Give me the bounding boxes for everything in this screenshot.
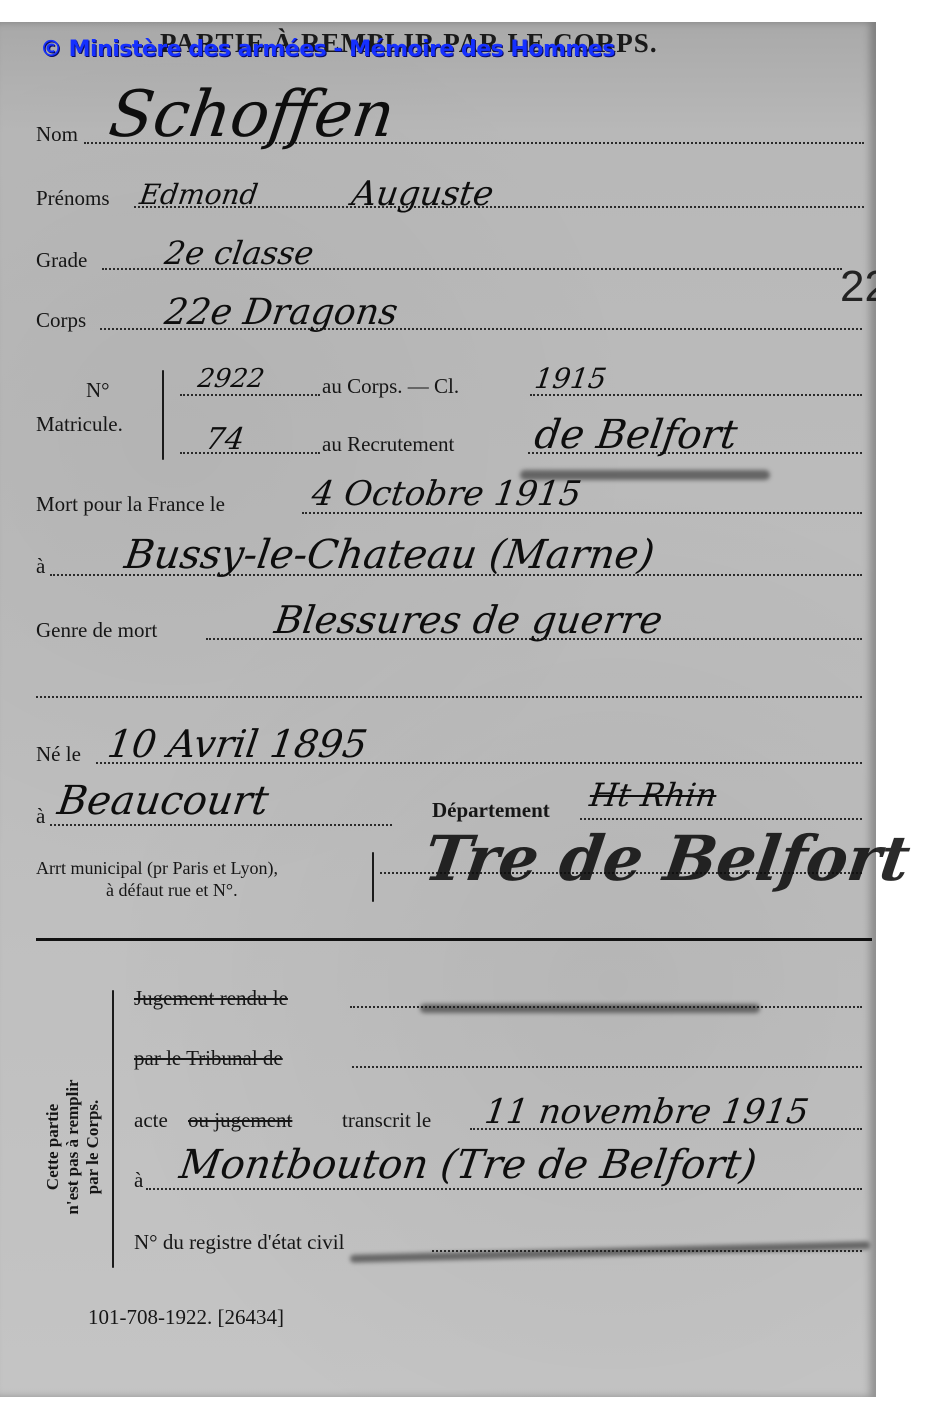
registre-label: N° du registre d'état civil	[134, 1230, 344, 1255]
side-note-line-1: Cette partie	[43, 1079, 63, 1214]
departement-value: Tre de Belfort	[420, 822, 915, 895]
tribunal-line	[352, 1066, 862, 1068]
lieu-mort-value: Bussy-le-Chateau (Marne)	[122, 532, 658, 578]
arrondissement-brace	[372, 852, 374, 902]
departement-line	[580, 818, 862, 820]
matricule-corps-line	[180, 394, 320, 396]
matricule-corps-number: 2922	[196, 364, 266, 394]
mort-value: 4 Octobre 1915	[309, 474, 584, 514]
blank-line	[36, 696, 862, 698]
side-note-line-2: n'est pas à remplir	[63, 1079, 83, 1214]
acte-struck-label: ou jugement	[188, 1108, 292, 1133]
form-reference: 101-708-1922. [26434]	[88, 1305, 284, 1330]
matricule-recrutement-number: 74	[204, 422, 247, 457]
arrondissement-label-2: à défaut rue et N°.	[106, 880, 238, 901]
lower-section-brace	[112, 990, 114, 1268]
recrutement-label: au Recrutement	[322, 432, 454, 457]
jugement-label: Jugement rendu le	[134, 986, 288, 1011]
classe-value: 1915	[533, 362, 609, 395]
matricule-corps-label: au Corps. — Cl.	[322, 374, 459, 399]
arrondissement-label-1: Arrt municipal (pr Paris et Lyon),	[36, 858, 278, 879]
prenoms-value-1: Edmond	[138, 178, 260, 211]
grade-value: 2e classe	[162, 234, 316, 272]
acte-label: acte	[134, 1108, 168, 1133]
registre-cancel-stroke	[350, 1241, 870, 1263]
section-divider	[36, 938, 872, 941]
departement-struck-value: Ht Rhin	[587, 776, 719, 814]
acte-transcrit-label: transcrit le	[342, 1108, 431, 1133]
lieu-naissance-line	[50, 824, 392, 826]
lieu-mort-label: à	[36, 554, 45, 579]
matricule-brace	[162, 370, 164, 460]
acte-value: 11 novembre 1915	[482, 1092, 811, 1132]
side-number: 22	[840, 262, 876, 342]
corps-label: Corps	[36, 308, 86, 333]
matricule-label: Matricule.	[36, 412, 123, 437]
side-note-line-3: par le Corps.	[83, 1079, 103, 1214]
recrutement-value: de Belfort	[532, 412, 740, 458]
corps-value: 22e Dragons	[162, 292, 400, 333]
copyright-watermark: © Ministère des armées - Mémoire des Hom…	[40, 37, 615, 62]
matricule-no-label: N°	[86, 378, 110, 403]
tribunal-label: par le Tribunal de	[134, 1046, 283, 1071]
lieu-naissance-label: à	[36, 804, 45, 829]
mort-label: Mort pour la France le	[36, 492, 225, 517]
lieu-transcription-line	[146, 1188, 862, 1190]
ne-le-label: Né le	[36, 742, 81, 767]
matricule-recrutement-line	[180, 452, 320, 454]
prenoms-label: Prénoms	[36, 186, 110, 211]
side-note: Cette partie n'est pas à remplir par le …	[28, 1052, 118, 1242]
death-record-card: PARTIE À REMPLIR PAR LE CORPS. 22 Nom Sc…	[0, 22, 876, 1397]
lieu-transcription-label: à	[134, 1168, 143, 1193]
lieu-naissance-value: Beaucourt	[55, 778, 272, 824]
genre-mort-value: Blessures de guerre	[272, 598, 665, 642]
nom-value: Schoffen	[105, 78, 399, 152]
genre-mort-label: Genre de mort	[36, 618, 157, 643]
departement-label: Département	[432, 798, 550, 823]
lieu-transcription-value: Montbouton (Tre de Belfort)	[177, 1142, 760, 1188]
ne-le-value: 10 Avril 1895	[105, 722, 370, 766]
nom-label: Nom	[36, 122, 78, 147]
prenoms-value-2: Auguste	[349, 174, 496, 214]
grade-label: Grade	[36, 248, 87, 273]
jugement-cancel-stroke	[420, 1004, 760, 1013]
